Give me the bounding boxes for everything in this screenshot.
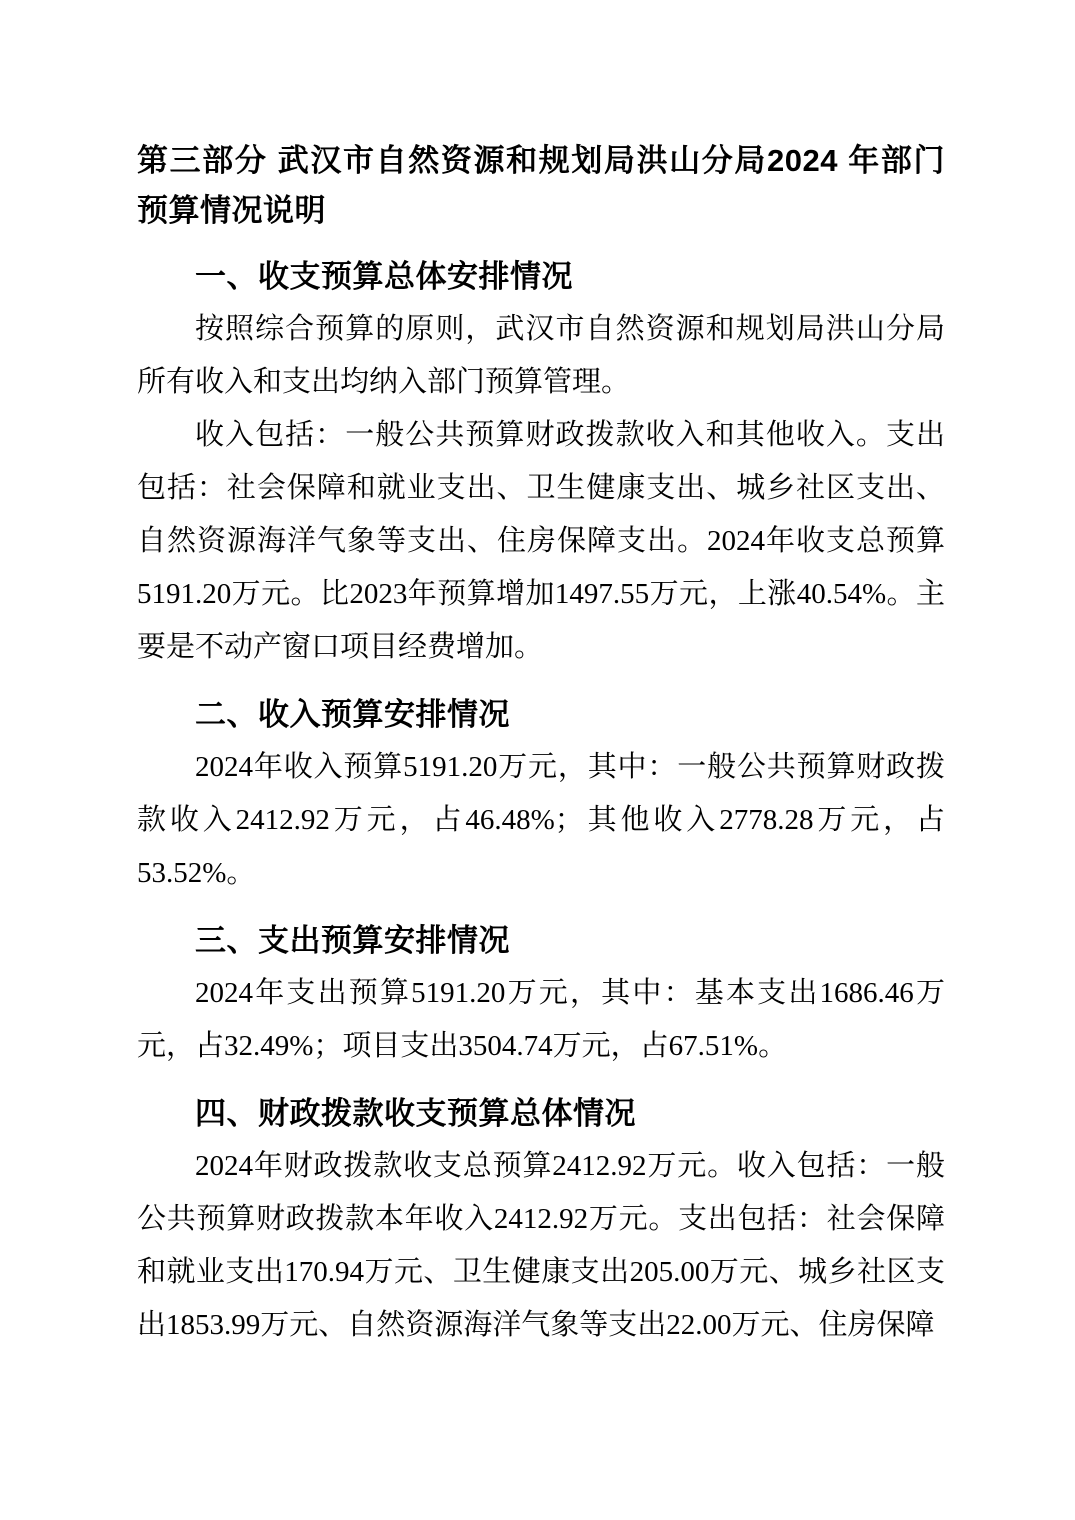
section-overall-budget: 一、收支预算总体安排情况 按照综合预算的原则，武汉市自然资源和规划局洪山分局所有…: [137, 250, 945, 674]
paragraph: 按照综合预算的原则，武汉市自然资源和规划局洪山分局所有收入和支出均纳入部门预算管…: [137, 303, 945, 409]
section-heading: 二、收入预算安排情况: [137, 688, 945, 741]
paragraph: 2024年财政拨款收支总预算2412.92万元。收入包括：一般公共预算财政拨款本…: [137, 1140, 945, 1352]
paragraph: 收入包括：一般公共预算财政拨款收入和其他收入。支出包括：社会保障和就业支出、卫生…: [137, 409, 945, 674]
section-heading: 四、财政拨款收支预算总体情况: [137, 1087, 945, 1140]
section-expenditure-budget: 三、支出预算安排情况 2024年支出预算5191.20万元，其中：基本支出168…: [137, 914, 945, 1073]
page-title: 第三部分 武汉市自然资源和规划局洪山分局2024 年部门预算情况说明: [137, 136, 945, 236]
section-heading: 一、收支预算总体安排情况: [137, 250, 945, 303]
section-fiscal-appropriation: 四、财政拨款收支预算总体情况 2024年财政拨款收支总预算2412.92万元。收…: [137, 1087, 945, 1352]
paragraph: 2024年收入预算5191.20万元，其中：一般公共预算财政拨款收入2412.9…: [137, 741, 945, 900]
section-income-budget: 二、收入预算安排情况 2024年收入预算5191.20万元，其中：一般公共预算财…: [137, 688, 945, 900]
paragraph: 2024年支出预算5191.20万元，其中：基本支出1686.46万元，占32.…: [137, 967, 945, 1073]
document-page: 第三部分 武汉市自然资源和规划局洪山分局2024 年部门预算情况说明 一、收支预…: [0, 0, 1075, 1520]
section-heading: 三、支出预算安排情况: [137, 914, 945, 967]
